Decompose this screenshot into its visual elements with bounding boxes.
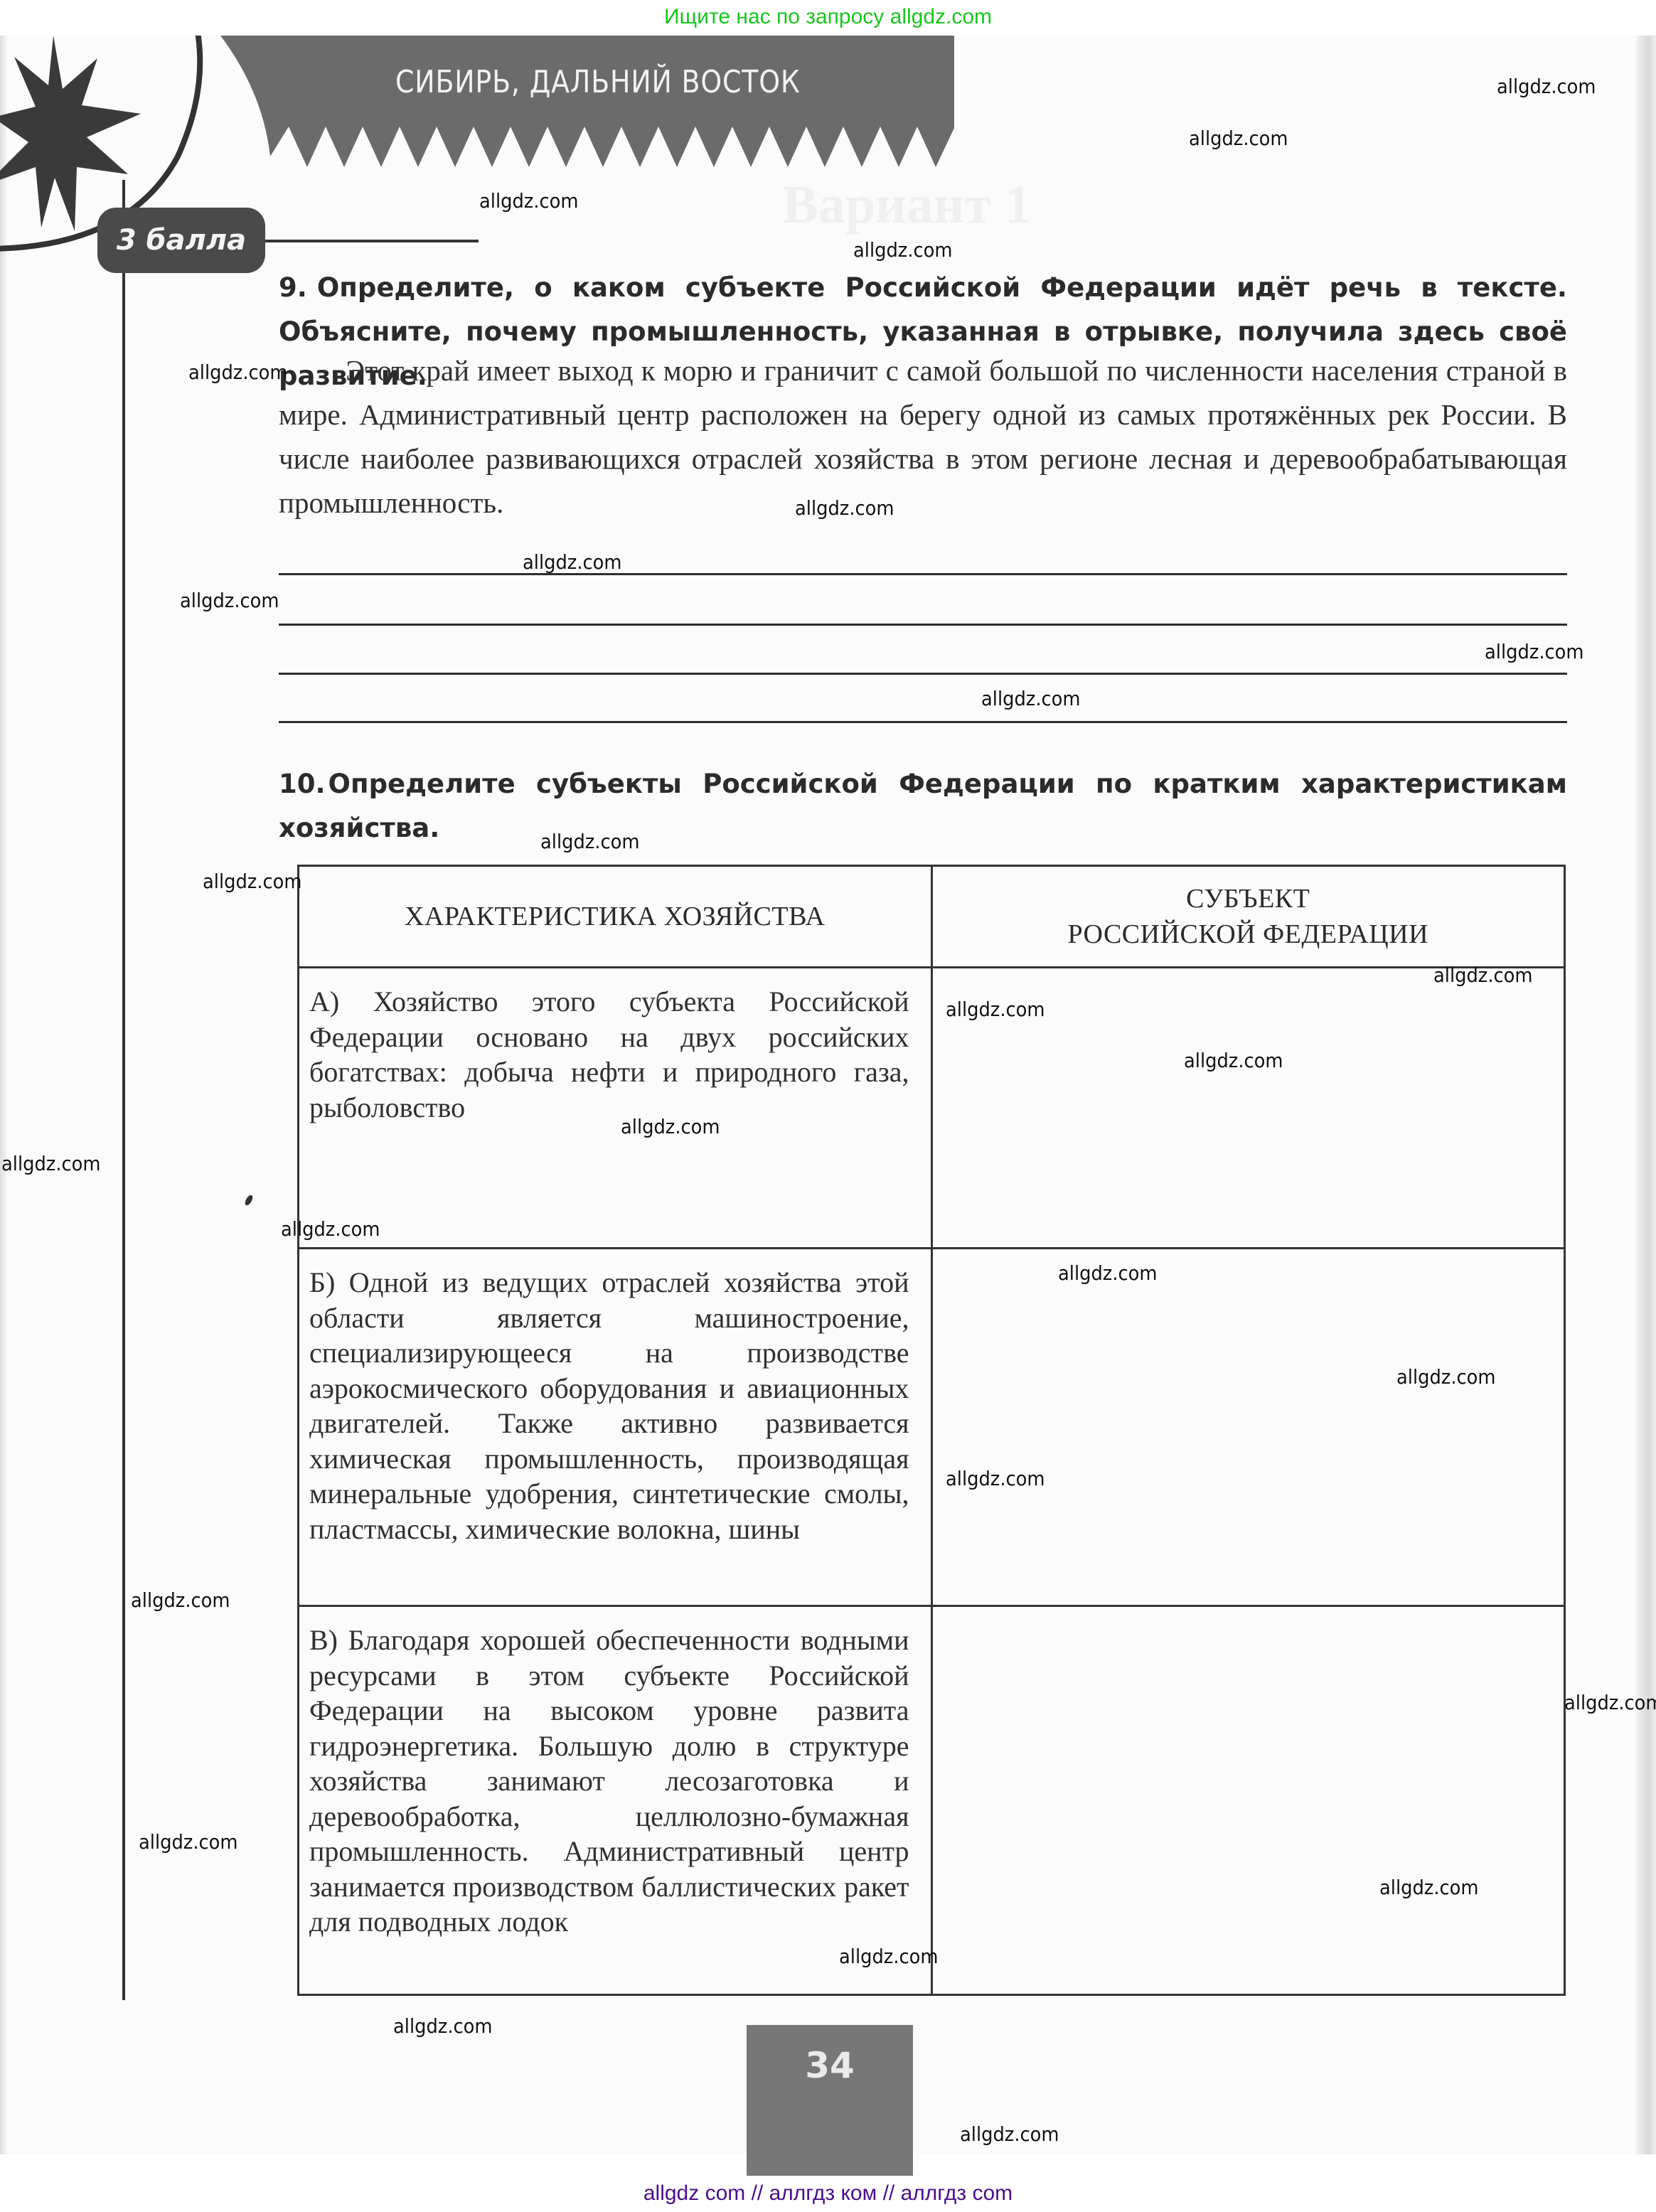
watermark-text: allgdz.com [1396,1365,1496,1389]
row-c-answer-cell[interactable] [931,1606,1565,1995]
header-subject-line1: СУБЪЕКТ [934,881,1564,917]
score-underline [265,240,479,242]
header-characteristic: ХАРАКТЕРИСТИКА ХОЗЯЙСТВА [299,866,932,968]
ribbon-zigzag-shape [85,36,954,167]
watermark-text: allgdz.com [203,870,302,893]
watermark-text: allgdz.com [393,2014,493,2038]
task9-answer-line-3[interactable] [279,673,1567,675]
watermark-text: allgdz.com [540,830,640,853]
task10-table: ХАРАКТЕРИСТИКА ХОЗЯЙСТВА СУБЪЕКТ РОССИЙС… [297,865,1566,1996]
page-left-edge [0,36,7,2154]
watermark-text: allgdz.com [1,1152,101,1175]
watermark-text: allgdz.com [1497,75,1596,98]
watermark-text: allgdz.com [139,1830,238,1854]
table-row: Б) Одной из ведущих отраслей хозяйства э… [299,1249,1565,1606]
row-label: Б) [309,1266,335,1298]
row-text: Благодаря хорошей обеспеченности водными… [309,1624,909,1938]
top-promo-banner: Ищите нас по запросу allgdz.com [0,0,1656,36]
watermark-text: allgdz.com [1433,963,1533,987]
page-right-edge [1636,36,1656,2154]
watermark-text: allgdz.com [180,589,279,612]
header-subject-line2: РОССИЙСКОЙ ФЕДЕРАЦИИ [934,917,1564,952]
watermark-text: allgdz.com [523,550,622,574]
task9-number: 9. [279,272,307,303]
task9-answer-line-2[interactable] [279,624,1567,626]
row-c-description: В) Благодаря хорошей обеспеченности водн… [299,1606,932,1995]
row-a-description: А) Хозяйство этого субъекта Российской Ф… [299,968,932,1249]
task9-answer-line-4[interactable] [279,721,1567,723]
watermark-text: allgdz.com [960,2122,1059,2146]
watermark-text: allgdz.com [946,998,1045,1021]
row-text: Хозяйство этого субъекта Российской Феде… [309,985,909,1123]
table-header-row: ХАРАКТЕРИСТИКА ХОЗЯЙСТВА СУБЪЕКТ РОССИЙС… [299,866,1565,968]
watermark-text: allgdz.com [1485,640,1584,663]
score-badge: 3 балла [97,208,265,273]
row-b-answer-cell[interactable] [931,1249,1565,1606]
watermark-text: allgdz.com [479,189,579,213]
row-label: В) [309,1624,338,1656]
watermark-text: allgdz.com [1379,1876,1479,1899]
row-label: А) [309,985,339,1017]
watermark-text: allgdz.com [281,1217,380,1241]
watermark-text: allgdz.com [1184,1049,1283,1072]
section-header-ribbon: СИБИРЬ, ДАЛЬНИЙ ВОСТОК [85,36,954,167]
watermark-text: allgdz.com [1564,1691,1656,1714]
watermark-text: allgdz.com [188,360,288,384]
task9-answer-line-1[interactable] [279,573,1567,575]
watermark-text: allgdz.com [839,1945,939,1968]
task9-passage: Этот край имеет выход к морю и граничит … [279,348,1567,525]
row-text: Одной из ведущих отраслей хозяйства этой… [309,1266,909,1545]
watermark-text: allgdz.com [853,238,953,262]
task10-number: 10. [279,769,326,799]
task10-question-text: Определите субъекты Российской Федерации… [279,769,1567,843]
watermark-text: allgdz.com [131,1588,230,1612]
section-title: СИБИРЬ, ДАЛЬНИЙ ВОСТОК [395,64,801,100]
row-b-description: Б) Одной из ведущих отраслей хозяйства э… [299,1249,932,1606]
ghost-variant-heading: Вариант 1 [782,174,1032,236]
header-subject: СУБЪЕКТ РОССИЙСКОЙ ФЕДЕРАЦИИ [931,866,1565,968]
watermark-text: allgdz.com [981,687,1081,710]
watermark-text: allgdz.com [621,1115,720,1138]
task9-passage-text: Этот край имеет выход к морю и граничит … [279,354,1567,519]
table-row: А) Хозяйство этого субъекта Российской Ф… [299,968,1565,1249]
watermark-text: allgdz.com [1058,1261,1158,1285]
watermark-text: allgdz.com [795,496,894,520]
watermark-text: allgdz.com [946,1467,1045,1490]
table-row: В) Благодаря хорошей обеспеченности водн… [299,1606,1565,1995]
watermark-text: allgdz.com [1189,127,1288,150]
left-margin-rule [122,180,125,2000]
task10-question: 10.Определите субъекты Российской Федера… [279,762,1567,850]
bottom-promo-banner: allgdz com // аллгдз ком // аллгдз com [0,2176,1656,2212]
